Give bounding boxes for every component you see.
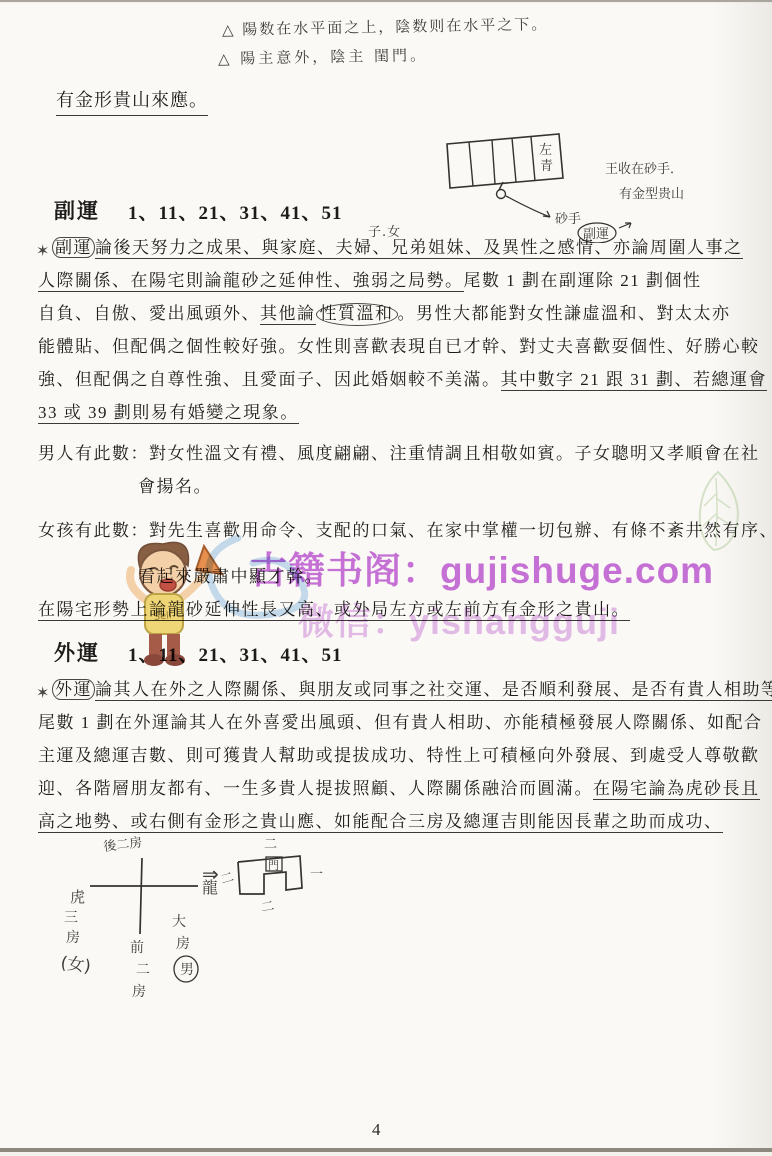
text-segment: 副運: [52, 237, 95, 258]
text-segment: 尾數 1 劃在外運論其人在外喜愛出風頭、但有貴人相助、亦能積極發展人際關係、如配…: [38, 713, 763, 732]
text-segment: 尾數 1 劃在副運除 21 劃個性: [464, 271, 702, 290]
implies-arrow: ⇒: [202, 862, 219, 886]
scanned-document-page: △ 陽数在水平面之上，陰数则在水平之下。 △ 陽主意外，陰主 閨門。 有金形貴山…: [0, 0, 772, 1156]
diagram-note-line1: 王收在砂手．: [605, 161, 683, 177]
label-daughter: (女): [59, 953, 92, 977]
text-segment: 自負、自傲、愛出風頭外、: [38, 304, 260, 323]
diagram-cell-label-top: 左: [539, 143, 552, 158]
section-numbers: 1、11、21、31、41、51: [128, 198, 342, 225]
text-line: 男人有此數：對女性溫文有禮、風度翩翩、注重情調且相敬如賓。子女聰明又孝順會在社: [38, 438, 750, 471]
text-segment: 男人有此數：對女性溫文有禮、風度翩翩、注重情調且相敬如賓。子女聰明又孝順會在社: [38, 444, 760, 463]
text-segment: 主運及總運吉數、則可獲貴人幫助或提拔成功、特性上可積極向外發展、到處受人尊敬歡: [38, 746, 760, 765]
section-title: 外運: [54, 637, 100, 667]
label-son: 男: [180, 962, 194, 978]
diagram-cell-label-bottom: 青: [540, 158, 553, 174]
label-third-room-1: 三: [64, 910, 78, 926]
section-title: 副運: [54, 195, 100, 225]
mark-bottom: 二: [260, 899, 275, 916]
text-line: 迎、各階層朋友都有、一生多貴人提拔照顧、人際關係融洽而圓滿。在陽宅論為虎砂長且: [38, 773, 750, 806]
label-tiger: 虎: [70, 888, 85, 906]
label-front-room-2: 二: [136, 962, 150, 978]
mark-right: 一: [310, 867, 323, 882]
label-first-room-1: 大: [172, 913, 186, 930]
text-segment: 在陽宅論為虎砂長且: [593, 779, 760, 800]
handwritten-margin-note: 子.女: [368, 217, 401, 249]
text-line: 副運論後天努力之成果、與家庭、夫婦、兄弟姐妹、及異性之感情、亦論周圍人事之子.女: [38, 232, 750, 265]
text-segment: 其他論: [260, 304, 316, 325]
scan-strip-bottom: [0, 1152, 772, 1156]
text-segment: 人際關係、在陽宅則論龍砂之延伸性、強弱之局勢。: [38, 271, 464, 292]
scan-edge-top: [0, 0, 772, 2]
compass-vertical-line: [140, 858, 142, 934]
label-front-room-1: 前: [130, 940, 144, 956]
text-segment: 高之地勢、或右側有金形之貴山應、如能配合三房及總運吉則能因長輩之助而成功、: [38, 812, 723, 833]
text-flow: 副運1、11、21、31、41、51副運論後天努力之成果、與家庭、夫婦、兄弟姐妹…: [38, 185, 750, 839]
text-line: 能體貼、但配偶之個性較好強。女性則喜歡表現自已才幹、對丈夫喜歡耍個性、好勝心較: [38, 331, 750, 364]
text-segment: 論其人在外之人際關係、與朋友或同事之社交運、是否順利發展、是否有貴人相助等、: [95, 680, 772, 701]
label-front-room-3: 房: [132, 983, 146, 1000]
text-line: 自負、自傲、愛出風頭外、其他論性質溫和。男性大都能對女性謙虛溫和、對太太亦: [38, 298, 750, 331]
hand-drawn-compass-diagram: 後二房 龍 虎 三 房 (女) 前 二 房 大 房 男 ⇒ 門 二 二 二 一: [52, 836, 342, 1016]
text-line: 高之地勢、或右側有金形之貴山應、如能配合三房及總運吉則能因長輩之助而成功、: [38, 806, 750, 839]
text-segment: 其中數字 21 跟 31 劃、若總運會: [501, 370, 768, 391]
page-number: 4: [372, 1120, 381, 1140]
text-segment: 會揚名。: [138, 477, 212, 496]
text-segment: 外運: [52, 679, 95, 700]
handwritten-note-top-1: △ 陽数在水平面之上，陰数则在水平之下。: [222, 13, 549, 40]
label-door: 門: [268, 859, 279, 872]
flow-gap: [38, 430, 750, 438]
text-segment: 33 或 39 劃則易有婚變之現象。: [38, 403, 299, 424]
text-line: 主運及總運吉數、則可獲貴人幫助或提拔成功、特性上可積極向外發展、到處受人尊敬歡: [38, 740, 750, 773]
text-line: 尾數 1 劃在外運論其人在外喜愛出風頭、但有貴人相助、亦能積極發展人際關係、如配…: [38, 707, 750, 740]
text-segment: 論後天努力之成果、與家庭、夫婦、兄弟姐妹、及異性之感情、亦論周圍人事之: [95, 238, 743, 259]
label-back-room: 後二房: [103, 836, 144, 855]
text-line: 人際關係、在陽宅則論龍砂之延伸性、強弱之局勢。尾數 1 劃在副運除 21 劃個性: [38, 265, 750, 298]
mark-left: 二: [219, 870, 235, 888]
watermark-wechat-text: 微信：yishangguji: [298, 594, 620, 645]
mascot-shirt-label: Sell: [153, 610, 172, 623]
intro-line: 有金形貴山來應。: [56, 86, 208, 116]
text-segment: 。男性大都能對女性謙虛溫和、對太太亦: [398, 304, 731, 323]
text-segment: 性質溫和: [316, 303, 398, 326]
handwritten-note-top-2: △ 陽主意外，陰主 閨門。: [218, 44, 428, 69]
text-line: 會揚名。: [38, 471, 750, 504]
text-line: 33 或 39 劃則易有婚變之現象。: [38, 397, 750, 430]
flow-gap: [38, 504, 750, 515]
label-first-room-2: 房: [176, 935, 190, 952]
mascot-cartoon-boy-icon: Sell: [118, 528, 248, 670]
text-segment: 強、但配偶之自尊性強、且愛面子、因此婚姻較不美滿。: [38, 370, 501, 389]
mark-top: 二: [264, 837, 277, 852]
text-line: 強、但配偶之自尊性強、且愛面子、因此婚姻較不美滿。其中數字 21 跟 31 劃、…: [38, 364, 750, 397]
label-third-room-2: 房: [66, 929, 80, 946]
watermark-site-text: 古籍书阁：gujishuge.com: [250, 540, 714, 594]
text-segment: 能體貼、但配偶之個性較好強。女性則喜歡表現自已才幹、對丈夫喜歡耍個性、好勝心較: [38, 337, 760, 356]
text-segment: 迎、各階層朋友都有、一生多貴人提拔照顧、人際關係融洽而圓滿。: [38, 779, 593, 798]
text-line: 外運論其人在外之人際關係、與朋友或同事之社交運、是否順利發展、是否有貴人相助等、: [38, 674, 750, 707]
